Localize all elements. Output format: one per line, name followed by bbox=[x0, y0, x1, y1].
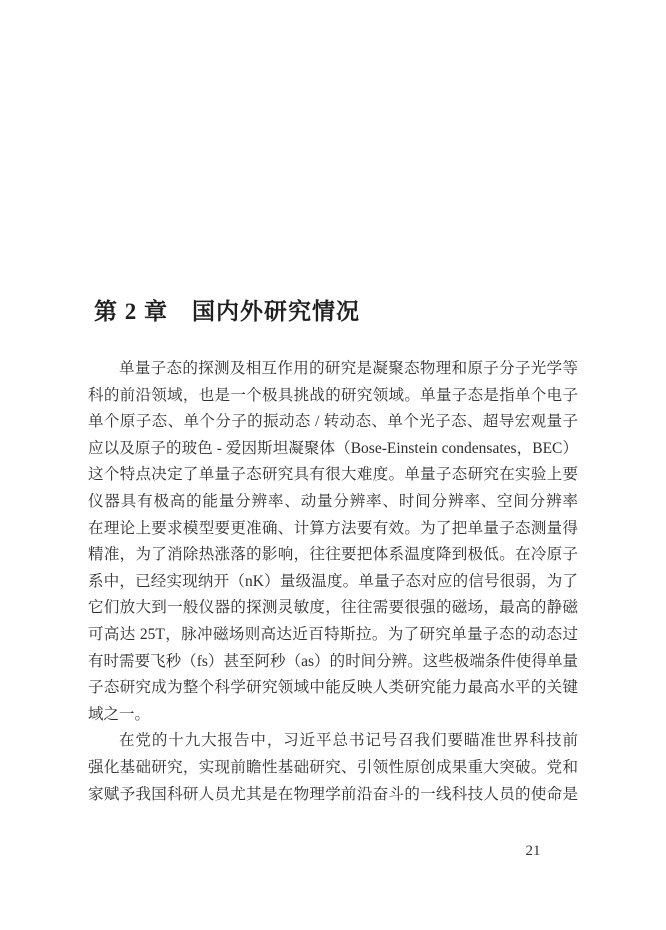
chapter-title: 第 2 章 国内外研究情况 bbox=[94, 293, 574, 326]
text-line: 单量子态的探测及相互作用的研究是凝聚态物理和原子分子光学等学 bbox=[88, 356, 578, 383]
text-line: 仪器具有极高的能量分辨率、动量分辨率、时间分辨率、空间分辨率等， bbox=[88, 489, 578, 516]
text-line: 科的前沿领域，也是一个极具挑战的研究领域。单量子态是指单个电子态、 bbox=[88, 383, 578, 410]
text-line: 在党的十九大报告中，习近平总书记号召我们要瞄准世界科技前沿， bbox=[88, 728, 578, 755]
text-line: 子态研究成为整个科学研究领域中能反映人类研究能力最高水平的关键领 bbox=[88, 675, 578, 702]
text-line: 强化基础研究，实现前瞻性基础研究、引领性原创成果重大突破。党和国 bbox=[88, 755, 578, 782]
text-line: 域之一。 bbox=[88, 702, 578, 729]
text-line: 精准，为了消除热涨落的影响，往往要把体系温度降到极低。在冷原子体 bbox=[88, 542, 578, 569]
text-line: 家赋予我国科研人员尤其是在物理学前沿奋斗的一线科技人员的使命是力 bbox=[88, 782, 578, 809]
text-line: 系中，已经实现纳开（nK）量级温度。单量子态对应的信号很弱，为了把 bbox=[88, 569, 578, 596]
document-page: 第 2 章 国内外研究情况 单量子态的探测及相互作用的研究是凝聚态物理和原子分子… bbox=[0, 0, 666, 930]
text-line: 在理论上要求模型要更准确、计算方法要有效。为了把单量子态测量得更 bbox=[88, 516, 578, 543]
text-line: 它们放大到一般仪器的探测灵敏度，往往需要很强的磁场，最高的静磁场 bbox=[88, 595, 578, 622]
text-line: 这个特点决定了单量子态研究具有很大难度。单量子态研究在实验上要求 bbox=[88, 462, 578, 489]
text-line: 有时需要飞秒（fs）甚至阿秒（as）的时间分辨。这些极端条件使得单量 bbox=[88, 649, 578, 676]
text-line: 单个原子态、单个分子的振动态 / 转动态、单个光子态、超导宏观量子效 bbox=[88, 409, 578, 436]
body-text: 单量子态的探测及相互作用的研究是凝聚态物理和原子分子光学等学 科的前沿领域，也是… bbox=[88, 356, 578, 808]
page-number: 21 bbox=[503, 843, 563, 860]
text-line: 可高达 25T，脉冲磁场则高达近百特斯拉。为了研究单量子态的动态过程， bbox=[88, 622, 578, 649]
text-line: 应以及原子的玻色 - 爱因斯坦凝聚体（Bose-Einstein condens… bbox=[88, 436, 578, 463]
